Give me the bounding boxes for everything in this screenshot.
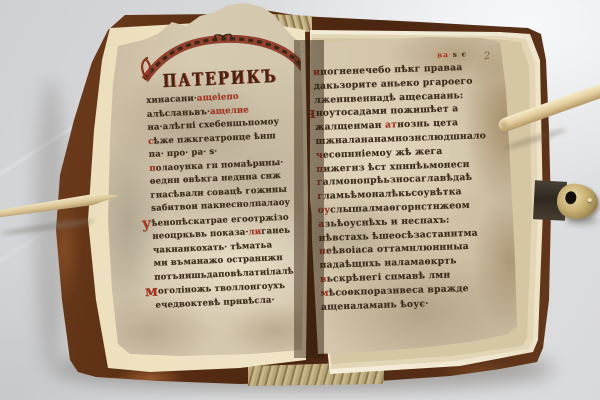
chapter-heading: ва ѕ є (437, 49, 467, 59)
folio-number: 2 (483, 51, 490, 63)
page-title: ПАТЕРИКЪ (162, 66, 278, 92)
clasp-rivet (587, 198, 592, 203)
clasp-hole (565, 191, 577, 205)
left-page-text: хинасани·ащеіепоалѣсланьвъ·ащелнена·алѣг… (146, 89, 295, 313)
right-page-text: ипогненечебо пѣкг праваадакьзорите аньек… (313, 60, 492, 314)
manuscript-line: ва ѕ є (437, 49, 467, 59)
photo-scene: ПАТЕРИКЪ хинасани·ащеіепоалѣсланьвъ·ащел… (0, 0, 600, 400)
